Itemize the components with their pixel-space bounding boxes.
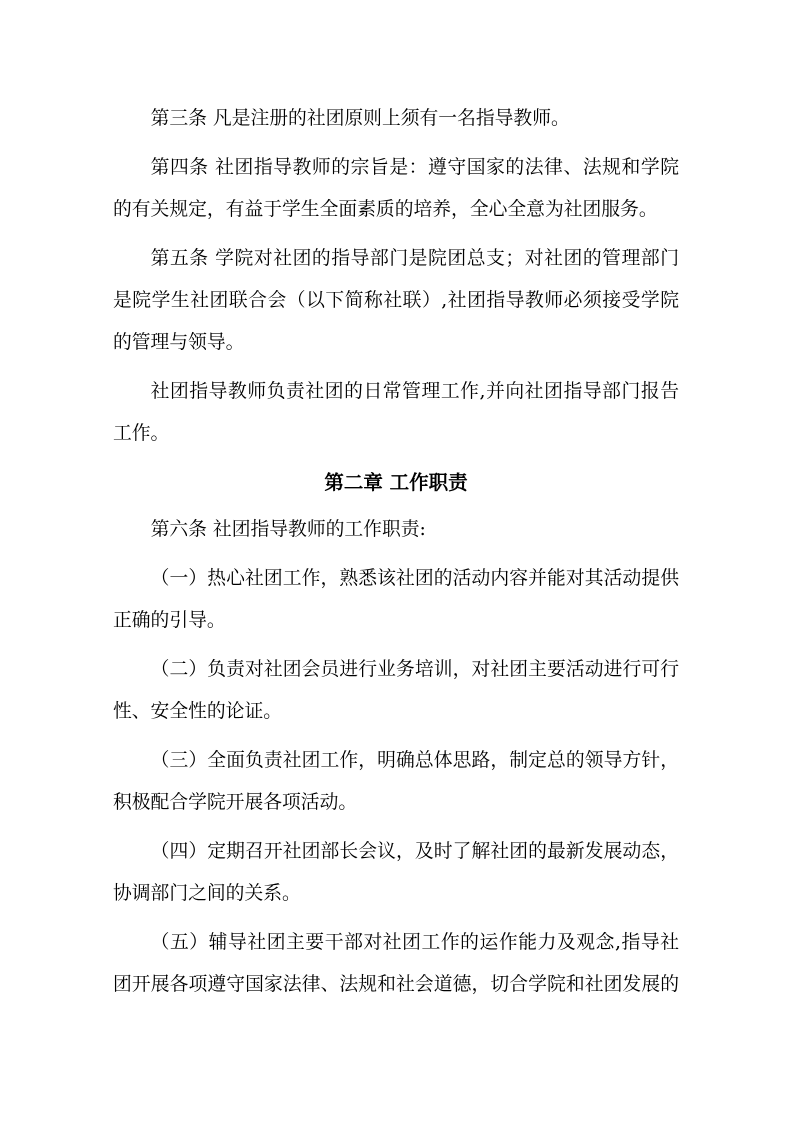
paragraph-article-6: 第六条 社团指导教师的工作职责:: [113, 509, 679, 551]
chapter-2-heading: 第二章 工作职责: [113, 462, 679, 504]
paragraph-article-3: 第三条 凡是注册的社团原则上须有一名指导教师。: [113, 98, 679, 140]
paragraph-duty-item-1: （一）热心社团工作，熟悉该社团的活动内容并能对其活动提供正确的引导。: [113, 558, 679, 642]
paragraph-duty-item-3: （三）全面负责社团工作，明确总体思路，制定总的领导方针，积极配合学院开展各项活动…: [113, 740, 679, 824]
paragraph-article-4: 第四条 社团指导教师的宗旨是：遵守国家的法律、法规和学院的有关规定，有益于学生全…: [113, 147, 679, 231]
document-page: 第三条 凡是注册的社团原则上须有一名指导教师。 第四条 社团指导教师的宗旨是：遵…: [0, 0, 793, 1122]
paragraph-daily-management: 社团指导教师负责社团的日常管理工作,并向社团指导部门报告工作。: [113, 371, 679, 455]
paragraph-duty-item-4: （四）定期召开社团部长会议，及时了解社团的最新发展动态，协调部门之间的关系。: [113, 831, 679, 915]
paragraph-duty-item-2: （二）负责对社团会员进行业务培训，对社团主要活动进行可行性、安全性的论证。: [113, 649, 679, 733]
document-content: 第三条 凡是注册的社团原则上须有一名指导教师。 第四条 社团指导教师的宗旨是：遵…: [0, 0, 793, 1006]
paragraph-duty-item-5: （五）辅导社团主要干部对社团工作的运作能力及观念,指导社团开展各项遵守国家法律、…: [113, 922, 679, 1006]
paragraph-article-5: 第五条 学院对社团的指导部门是院团总支；对社团的管理部门是院学生社团联合会（以下…: [113, 238, 679, 364]
